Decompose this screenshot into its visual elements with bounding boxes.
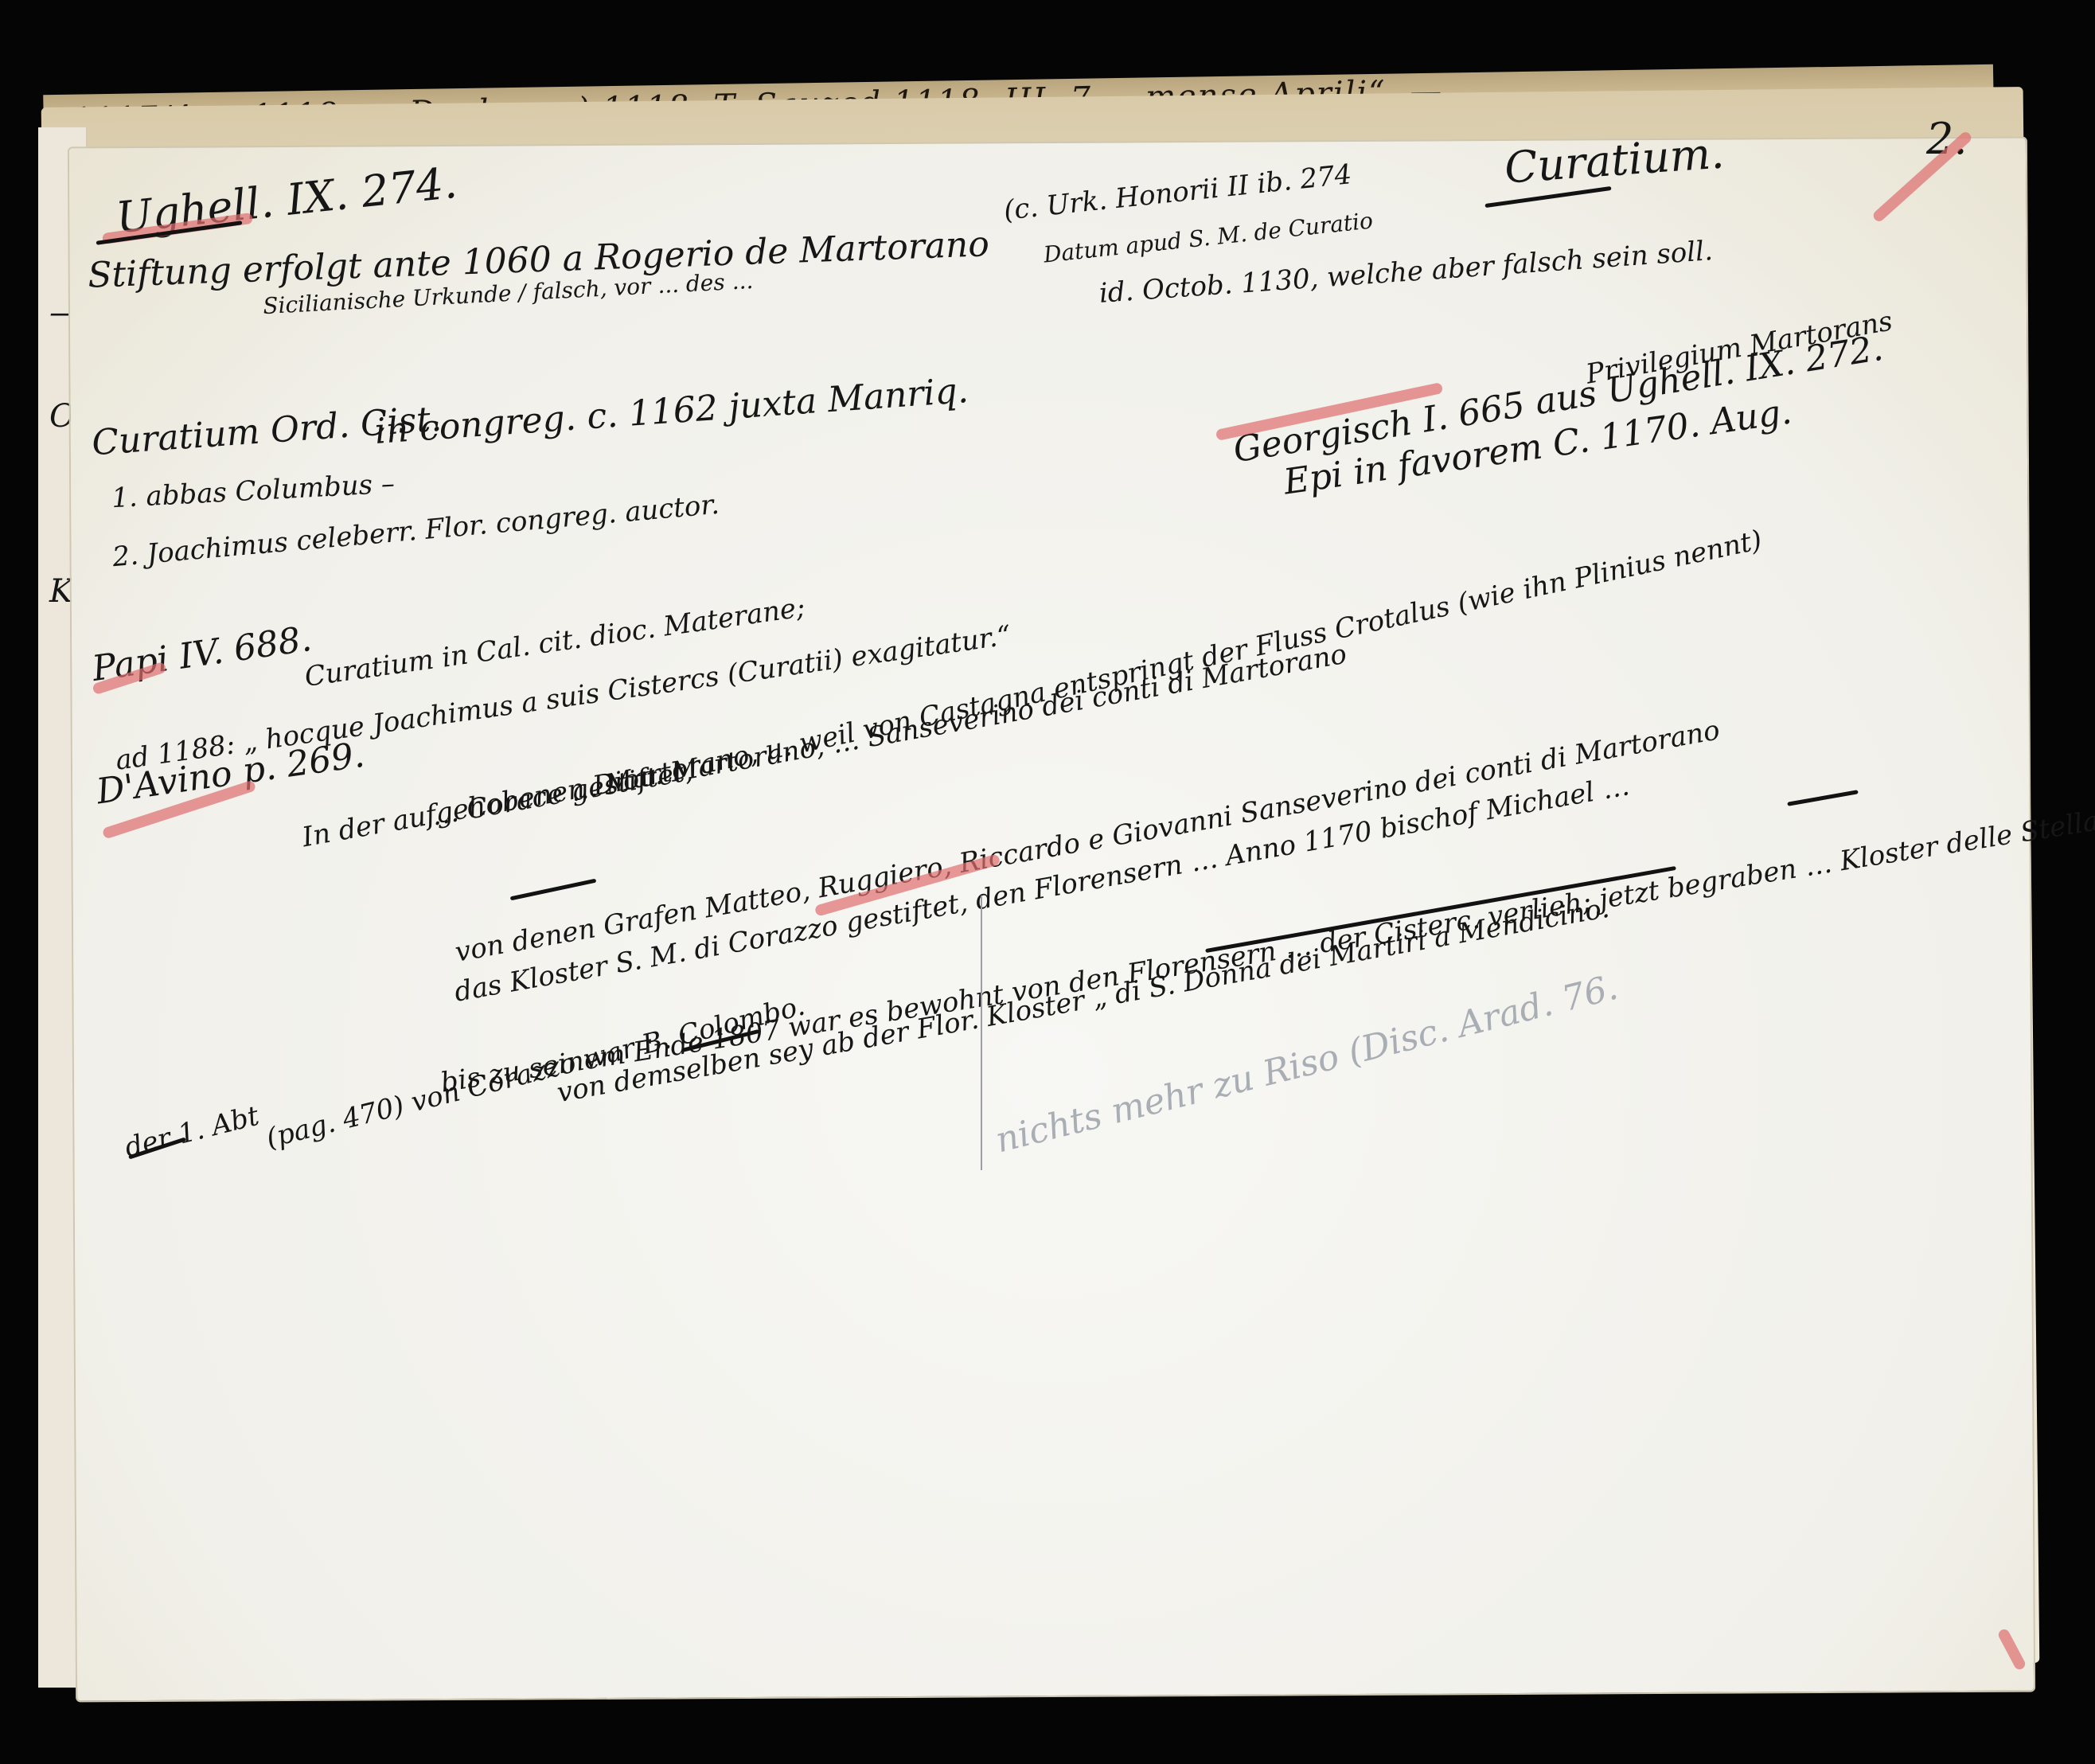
pencil-divider-line xyxy=(981,896,982,1170)
margin-mark: K xyxy=(49,573,73,610)
